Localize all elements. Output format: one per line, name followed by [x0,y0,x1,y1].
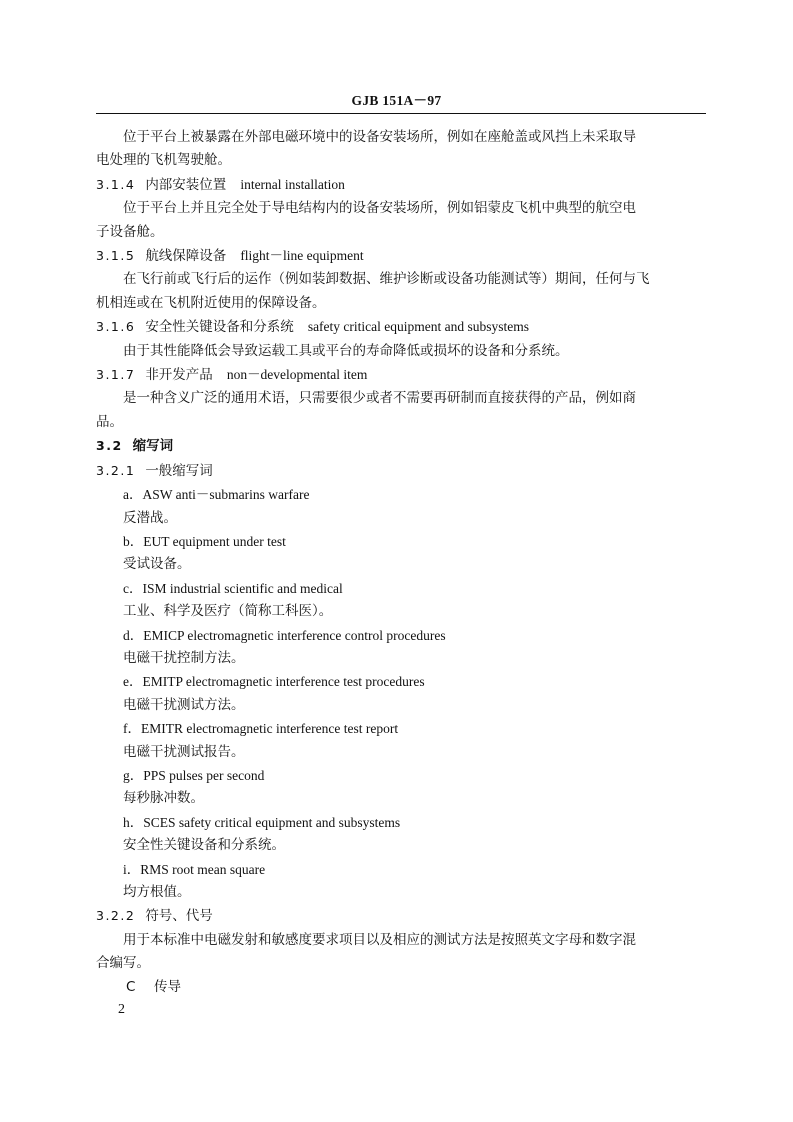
section-title-zh: 航线保障设备 [145,248,226,264]
section-number: 3.2.2 [96,904,135,927]
abbreviation-term: i．RMS root mean square [96,858,708,881]
section-heading-3-1-5: 3.1.5航线保障设备flight－line equipment [96,244,708,268]
section-title-zh: 符号、代号 [145,908,213,924]
abbreviation-term: d．EMICP electromagnetic interference con… [96,624,708,647]
abbreviation-meaning: 反潜战。 [96,507,708,530]
abbreviation-term: b．EUT equipment under test [96,530,708,553]
abbreviation-meaning: 均方根值。 [96,881,708,904]
document-header: GJB 151A－97 [0,89,793,109]
section-heading-3-2: 3.2缩写词 [96,434,708,458]
paragraph-line: 合编写。 [96,952,708,975]
paragraph-line: 是一种含义广泛的通用术语，只需要很少或者不需要再研制而直接获得的产品，例如商 [96,387,708,410]
section-number: 3.1.4 [96,173,135,196]
abbreviation-term: g．PPS pulses per second [96,764,708,787]
paragraph-line: 品。 [96,411,708,434]
abbreviation-term: e．EMITP electromagnetic interference tes… [96,670,708,693]
header-rule [96,113,706,114]
abbreviation-meaning: 电磁干扰控制方法。 [96,647,708,670]
paragraph-line: 位于平台上并且完全处于导电结构内的设备安装场所，例如铝蒙皮飞机中典型的航空电 [96,197,708,220]
symbol-code-meaning: 传导 [154,979,181,995]
section-number: 3.1.5 [96,244,135,267]
abbreviation-term: c．ISM industrial scientific and medical [96,577,708,600]
abbreviation-term: f．EMITR electromagnetic interference tes… [96,717,708,740]
paragraph-line: 子设备舱。 [96,221,708,244]
section-title-zh: 一般缩写词 [145,463,213,479]
abbreviation-meaning: 安全性关键设备和分系统。 [96,834,708,857]
abbreviation-meaning: 每秒脉冲数。 [96,787,708,810]
page-number: 2 [118,1002,125,1018]
abbreviation-meaning: 受试设备。 [96,553,708,576]
section-title-en: non－developmental item [227,367,368,382]
paragraph-line: 机相连或在飞机附近使用的保障设备。 [96,292,708,315]
paragraph-line: 位于平台上被暴露在外部电磁环境中的设备安装场所，例如在座舱盖或风挡上未采取导 [96,126,708,149]
abbreviation-meaning: 工业、科学及医疗（简称工科医）。 [96,600,708,623]
section-heading-3-1-7: 3.1.7非开发产品non－developmental item [96,363,708,387]
abbreviation-meaning: 电磁干扰测试报告。 [96,741,708,764]
section-title-en: safety critical equipment and subsystems [308,319,529,334]
section-heading-3-1-4: 3.1.4内部安装位置internal installation [96,173,708,197]
symbol-code-letter: C [126,976,154,999]
document-body: 位于平台上被暴露在外部电磁环境中的设备安装场所，例如在座舱盖或风挡上未采取导 电… [96,126,708,999]
section-title-en: flight－line equipment [240,248,363,263]
section-title-zh: 缩写词 [133,438,174,454]
abbreviation-meaning: 电磁干扰测试方法。 [96,694,708,717]
section-title-en: internal installation [240,177,345,192]
paragraph-line: 在飞行前或飞行后的运作（例如装卸数据、维护诊断或设备功能测试等）期间，任何与飞 [96,268,708,291]
paragraph-line: 用于本标准中电磁发射和敏感度要求项目以及相应的测试方法是按照英文字母和数字混 [96,929,708,952]
section-title-zh: 非开发产品 [145,367,213,383]
paragraph-line: 由于其性能降低会导致运载工具或平台的寿命降低或损坏的设备和分系统。 [96,340,708,363]
section-number: 3.1.6 [96,315,135,338]
section-heading-3-2-1: 3.2.1一般缩写词 [96,459,708,483]
abbreviation-term: a．ASW anti－submarins warfare [96,483,708,506]
section-number: 3.1.7 [96,363,135,386]
section-number: 3.2.1 [96,459,135,482]
section-title-zh: 内部安装位置 [145,177,226,193]
section-heading-3-2-2: 3.2.2符号、代号 [96,904,708,928]
section-title-zh: 安全性关键设备和分系统 [145,319,294,335]
paragraph-line: 电处理的飞机驾驶舱。 [96,149,708,172]
section-number: 3.2 [96,434,123,457]
symbol-code-row: C传导 [96,976,708,999]
abbreviation-term: h．SCES safety critical equipment and sub… [96,811,708,834]
section-heading-3-1-6: 3.1.6安全性关键设备和分系统safety critical equipmen… [96,315,708,339]
